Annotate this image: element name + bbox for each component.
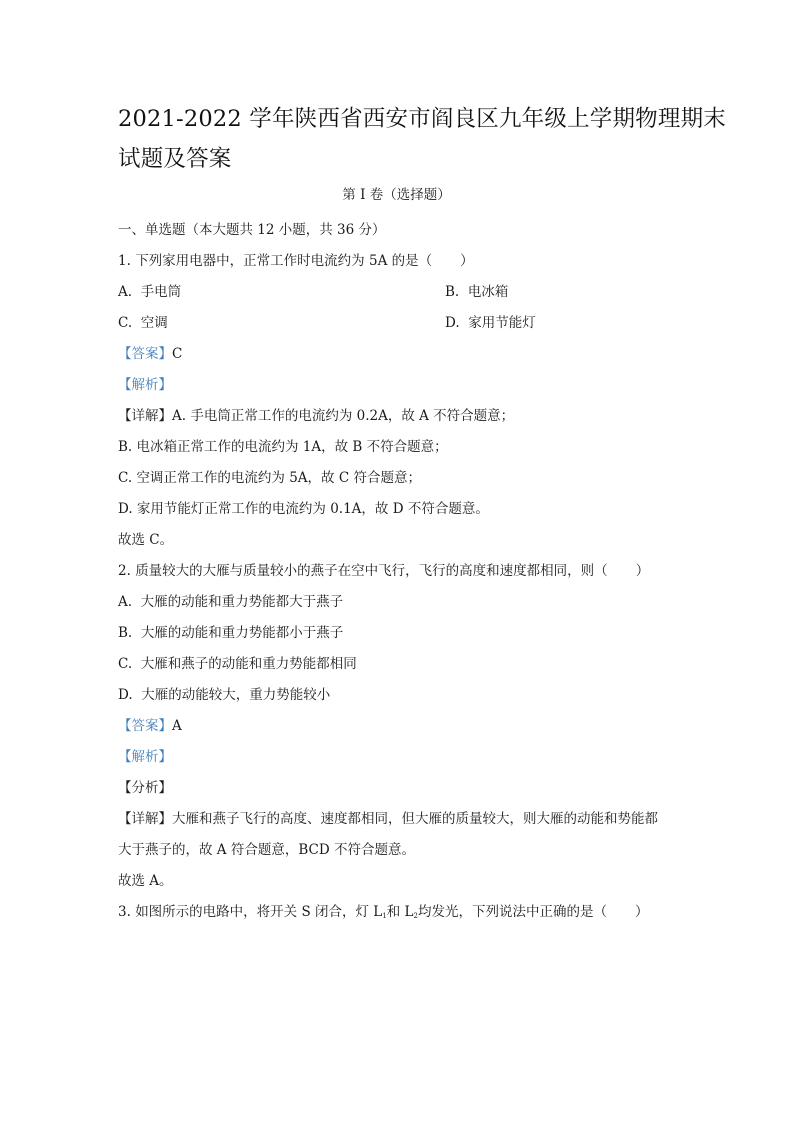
question-1-option-a: A. 手电筒 (118, 284, 181, 300)
fenxi-label: 【分析】 (118, 780, 172, 796)
question-number: 2. (118, 563, 131, 579)
question-paren-close: ） (635, 904, 649, 920)
analysis-label: 【解析】 (118, 377, 172, 393)
question-text: 质量较大的大雁与质量较小的燕子在空中飞行，飞行的高度和速度都相同，则（ (135, 563, 608, 579)
option-key: B. (118, 625, 132, 641)
section-heading: 一、单选题（本大题共 12 小题，共 36 分） (118, 222, 386, 238)
document-page: 2021-2022 学年陕西省西安市阎良区九年级上学期物理期末 试题及答案 第 … (0, 0, 793, 1122)
detail-label: 【详解】 (118, 811, 172, 827)
detail-label: 【详解】 (118, 408, 172, 424)
option-key: A. (118, 284, 132, 300)
question-2-option-c: C. 大雁和燕子的动能和重力势能都相同 (118, 656, 357, 672)
option-key: C. (118, 315, 132, 331)
question-number: 1. (118, 253, 131, 269)
question-paren-close: ） (636, 563, 650, 579)
answer-label: 【答案】 (118, 346, 172, 362)
option-text: 大雁的动能较大，重力势能较小 (141, 687, 330, 703)
question-2-conclusion: 故选 A。 (118, 873, 173, 889)
document-title-line-2: 试题及答案 (118, 148, 698, 170)
question-text: 下列家用电器中，正常工作时电流约为 5A 的是（ (135, 253, 432, 269)
question-text: 如图所示的电路中，将开关 S 闭合，灯 L (135, 904, 382, 920)
question-1-detail-line-2: B. 电冰箱正常工作的电流约为 1A，故 B 不符合题意； (118, 439, 448, 455)
question-1-stem: 1. 下列家用电器中，正常工作时电流约为 5A 的是（） (118, 253, 474, 269)
answer-value: A (172, 718, 182, 734)
option-key: A. (118, 594, 132, 610)
option-text: 空调 (141, 315, 168, 331)
option-text: 大雁的动能和重力势能都小于燕子 (141, 625, 344, 641)
answer-label: 【答案】 (118, 718, 172, 734)
question-1-option-b: B. 电冰箱 (445, 284, 508, 300)
question-1-detail-line-1: 【详解】A. 手电筒正常工作的电流约为 0.2A，故 A 不符合题意； (118, 408, 514, 424)
question-1-detail-line-4: D. 家用节能灯正常工作的电流约为 0.1A，故 D 不符合题意。 (118, 501, 489, 517)
volume-heading: 第 I 卷（选择题） (0, 187, 793, 203)
question-2-stem: 2. 质量较大的大雁与质量较小的燕子在空中飞行，飞行的高度和速度都相同，则（） (118, 563, 649, 579)
question-2-option-a: A. 大雁的动能和重力势能都大于燕子 (118, 594, 343, 610)
document-title-line-1: 2021-2022 学年陕西省西安市阎良区九年级上学期物理期末 (118, 108, 698, 130)
option-key: D. (118, 687, 133, 703)
question-1-option-c: C. 空调 (118, 315, 168, 331)
question-1-analysis-label: 【解析】 (118, 377, 172, 393)
question-2-analysis-label: 【解析】 (118, 749, 172, 765)
question-paren-close: ） (460, 253, 474, 269)
question-text: 和 L (387, 904, 414, 920)
question-2-option-d: D. 大雁的动能较大，重力势能较小 (118, 687, 330, 703)
option-text: 电冰箱 (468, 284, 509, 300)
analysis-label: 【解析】 (118, 749, 172, 765)
question-1-answer: 【答案】C (118, 346, 182, 362)
question-1-option-d: D. 家用节能灯 (445, 315, 536, 331)
question-2-answer: 【答案】A (118, 718, 182, 734)
question-2-detail-line-1: 【详解】大雁和燕子飞行的高度、速度都相同，但大雁的质量较大，则大雁的动能和势能都 (118, 811, 658, 827)
question-3-stem: 3. 如图所示的电路中，将开关 S 闭合，灯 L1和 L2均发光，下列说法中正确… (118, 904, 648, 924)
detail-text: 大雁和燕子飞行的高度、速度都相同，但大雁的质量较大，则大雁的动能和势能都 (172, 811, 658, 827)
question-1-detail-line-3: C. 空调正常工作的电流约为 5A，故 C 符合题意； (118, 470, 421, 486)
question-1-conclusion: 故选 C。 (118, 532, 173, 548)
question-2-fenxi-label: 【分析】 (118, 780, 172, 796)
question-2-option-b: B. 大雁的动能和重力势能都小于燕子 (118, 625, 343, 641)
option-key: B. (445, 284, 459, 300)
option-key: D. (445, 315, 460, 331)
question-2-detail-line-2: 大于燕子的，故 A 符合题意，BCD 不符合题意。 (118, 842, 415, 858)
option-text: 大雁和燕子的动能和重力势能都相同 (141, 656, 357, 672)
option-key: C. (118, 656, 132, 672)
option-text: 大雁的动能和重力势能都大于燕子 (141, 594, 344, 610)
detail-text: A. 手电筒正常工作的电流约为 0.2A，故 A 不符合题意； (172, 408, 514, 424)
question-text: 均发光，下列说法中正确的是（ (418, 904, 607, 920)
answer-value: C (172, 346, 182, 362)
option-text: 手电筒 (141, 284, 182, 300)
question-number: 3. (118, 904, 131, 920)
option-text: 家用节能灯 (468, 315, 536, 331)
